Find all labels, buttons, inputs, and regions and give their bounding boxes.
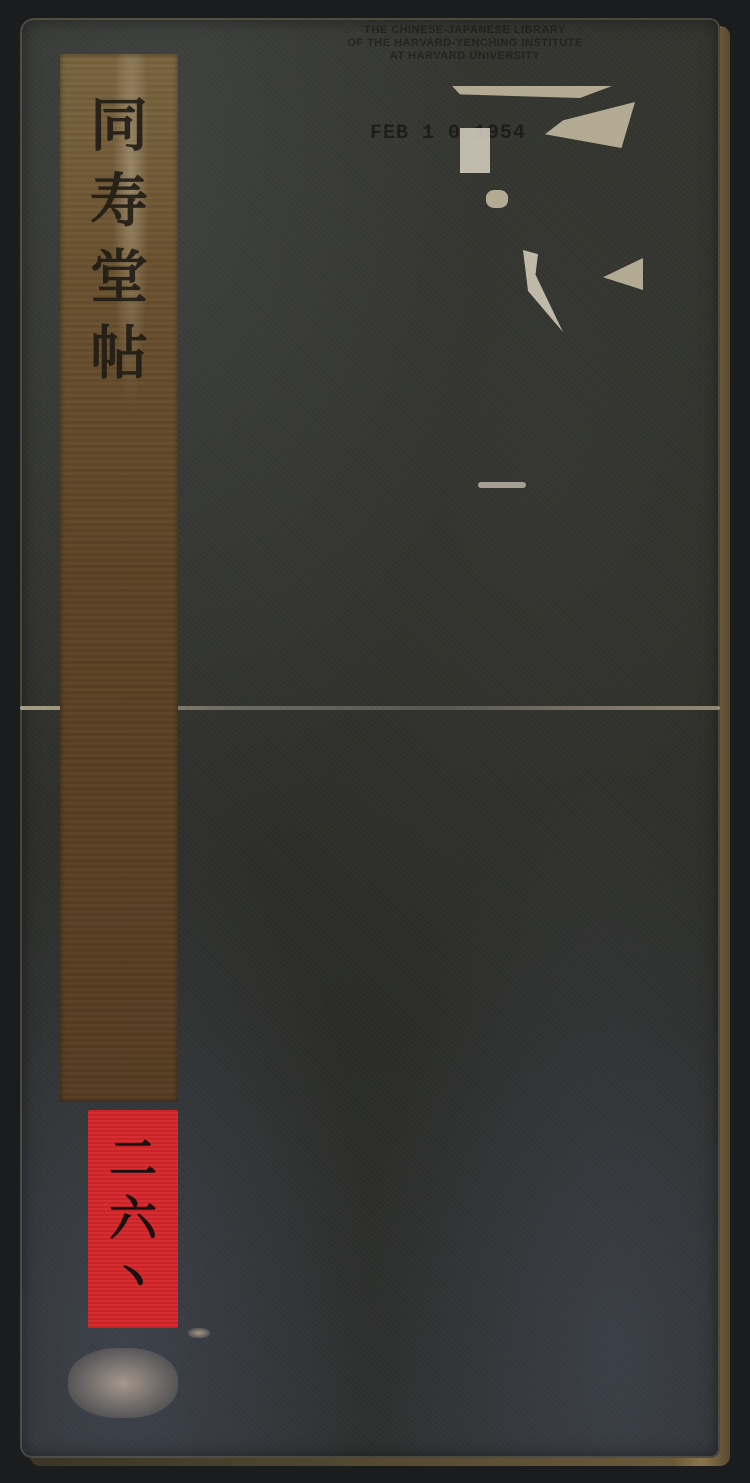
book-cover: THE CHINESE-JAPANESE LIBRARY OF THE HARV… [20,18,720,1458]
torn-patch [478,482,526,488]
library-stamp: THE CHINESE-JAPANESE LIBRARY OF THE HARV… [305,24,625,63]
title-char: 帖 [90,322,148,384]
book-title: 同 寿 堂 帖 [60,94,178,384]
title-char: 寿 [90,170,148,232]
stamp-line: THE CHINESE-JAPANESE LIBRARY [305,24,625,37]
volume-char: 二 [109,1130,157,1188]
stamp-line: AT HARVARD UNIVERSITY [305,50,625,63]
torn-patch [545,102,635,148]
title-char: 同 [90,94,148,156]
title-slip: 同 寿 堂 帖 [60,54,178,1102]
volume-char: 六 [109,1190,157,1248]
volume-label: 二 六 丶 [88,1110,178,1328]
volume-char: 丶 [109,1250,157,1308]
torn-patch [486,190,508,208]
torn-patch [452,86,612,98]
torn-patch [460,128,490,173]
paper-stain [68,1348,178,1418]
stamp-line: OF THE HARVARD-YENCHING INSTITUTE [305,37,625,50]
torn-patch [603,258,643,290]
torn-patch [513,250,563,332]
paper-stain [188,1328,210,1338]
stamp-date: FEB 1 0 1954 [370,122,526,145]
title-char: 堂 [90,246,148,308]
book-scan: THE CHINESE-JAPANESE LIBRARY OF THE HARV… [0,0,750,1483]
